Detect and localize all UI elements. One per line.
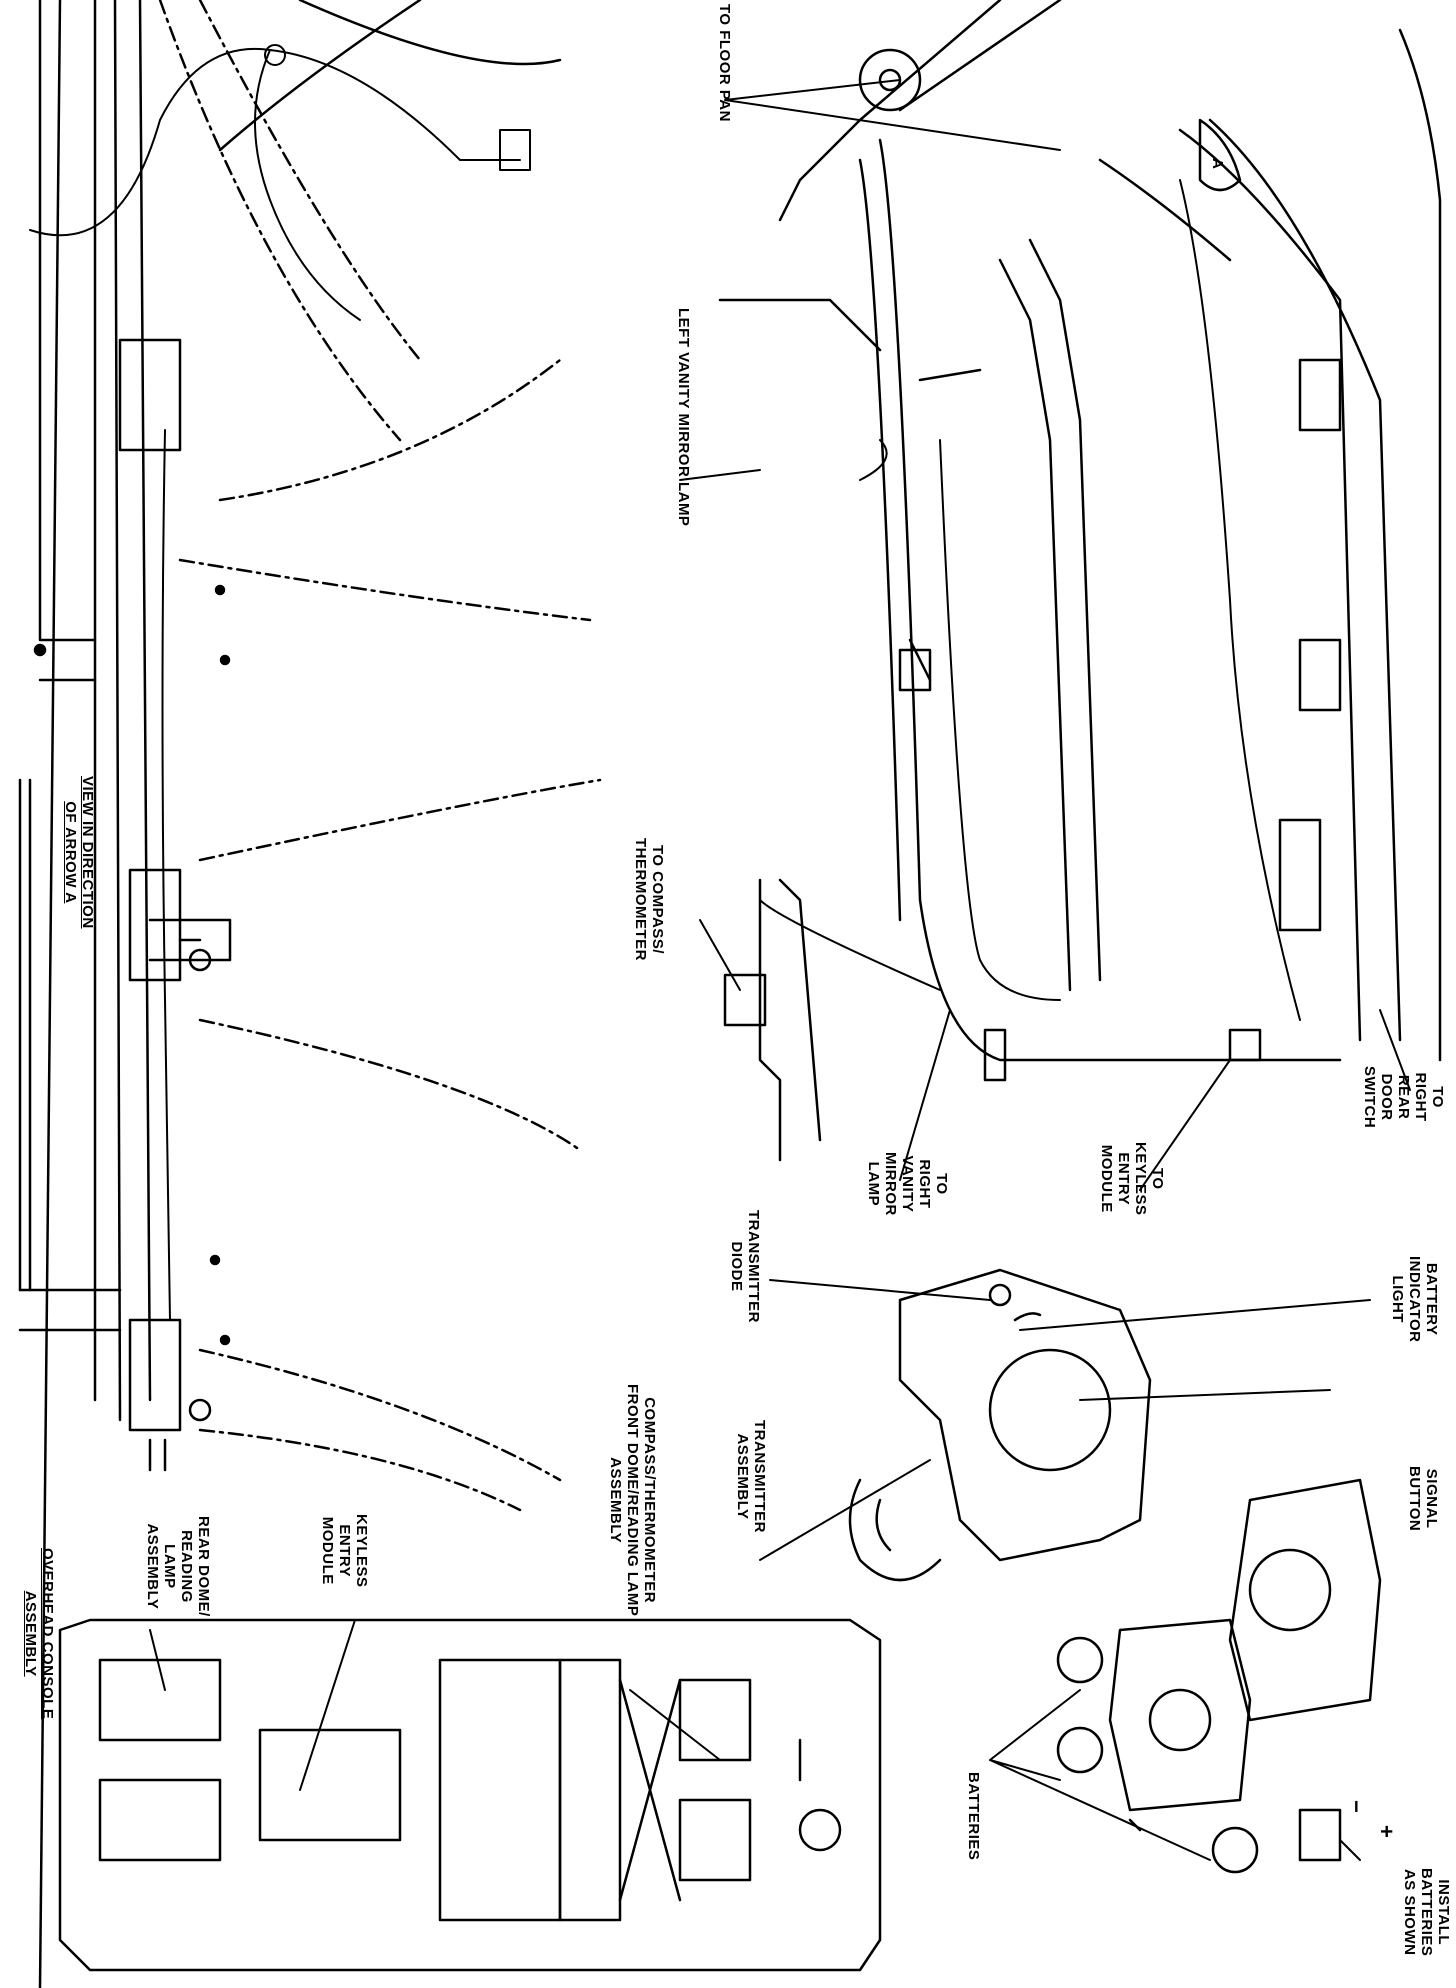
label-transmitter-assembly: TRANSMITTER ASSEMBLY (734, 1420, 768, 1533)
minus-sign-icon: − (1348, 1800, 1365, 1813)
diagram-canvas (0, 0, 1456, 1988)
label-install-batteries-as-shown: INSTALL BATTERIES AS SHOWN (1401, 1868, 1452, 1956)
label-to-right-rear-door-switch: TO RIGHT REAR DOOR SWITCH (1361, 1066, 1446, 1128)
plus-sign-icon: + (1378, 1825, 1395, 1838)
label-compass-front-dome-lamp: COMPASS/THERMOMETER FRONT DOME/READING L… (607, 1384, 658, 1616)
label-batteries: BATTERIES (965, 1772, 982, 1860)
roof-rail-view (20, 0, 600, 1988)
label-to-right-vanity-mirror-lamp: TO RIGHT VANITY MIRROR LAMP (865, 1152, 950, 1216)
label-overhead-console-assembly: OVERHEAD CONSOLE ASSEMBLY (22, 1548, 56, 1719)
label-battery-indicator-light: BATTERY INDICATOR LIGHT (1389, 1256, 1440, 1342)
label-keyless-entry-module: KEYLESS ENTRY MODULE (319, 1514, 370, 1588)
label-view-in-direction-of-arrow-a: VIEW IN DIRECTION OF ARROW A (62, 776, 96, 929)
label-transmitter-diode: TRANSMITTER DIODE (728, 1210, 762, 1323)
leader-lines (150, 80, 1410, 1860)
overhead-console-drawing (60, 1620, 880, 1970)
label-left-vanity-mirror-lamp: LEFT VANITY MIRROR LAMP (675, 308, 692, 526)
label-to-keyless-entry-module: TO KEYLESS ENTRY MODULE (1098, 1142, 1166, 1216)
label-to-compass-thermometer: TO COMPASS/ THERMOMETER (632, 838, 666, 961)
transmitter-assembly-drawing (850, 1270, 1150, 1580)
label-rear-dome-reading-lamp: REAR DOME/ READING LAMP ASSEMBLY (144, 1516, 212, 1617)
label-arrow-a: A (1209, 158, 1226, 169)
label-signal-button: SIGNAL BUTTON (1406, 1466, 1440, 1531)
cab-interior-view (720, 0, 1440, 1160)
label-to-floor-pan: TO FLOOR PAN (716, 4, 733, 122)
